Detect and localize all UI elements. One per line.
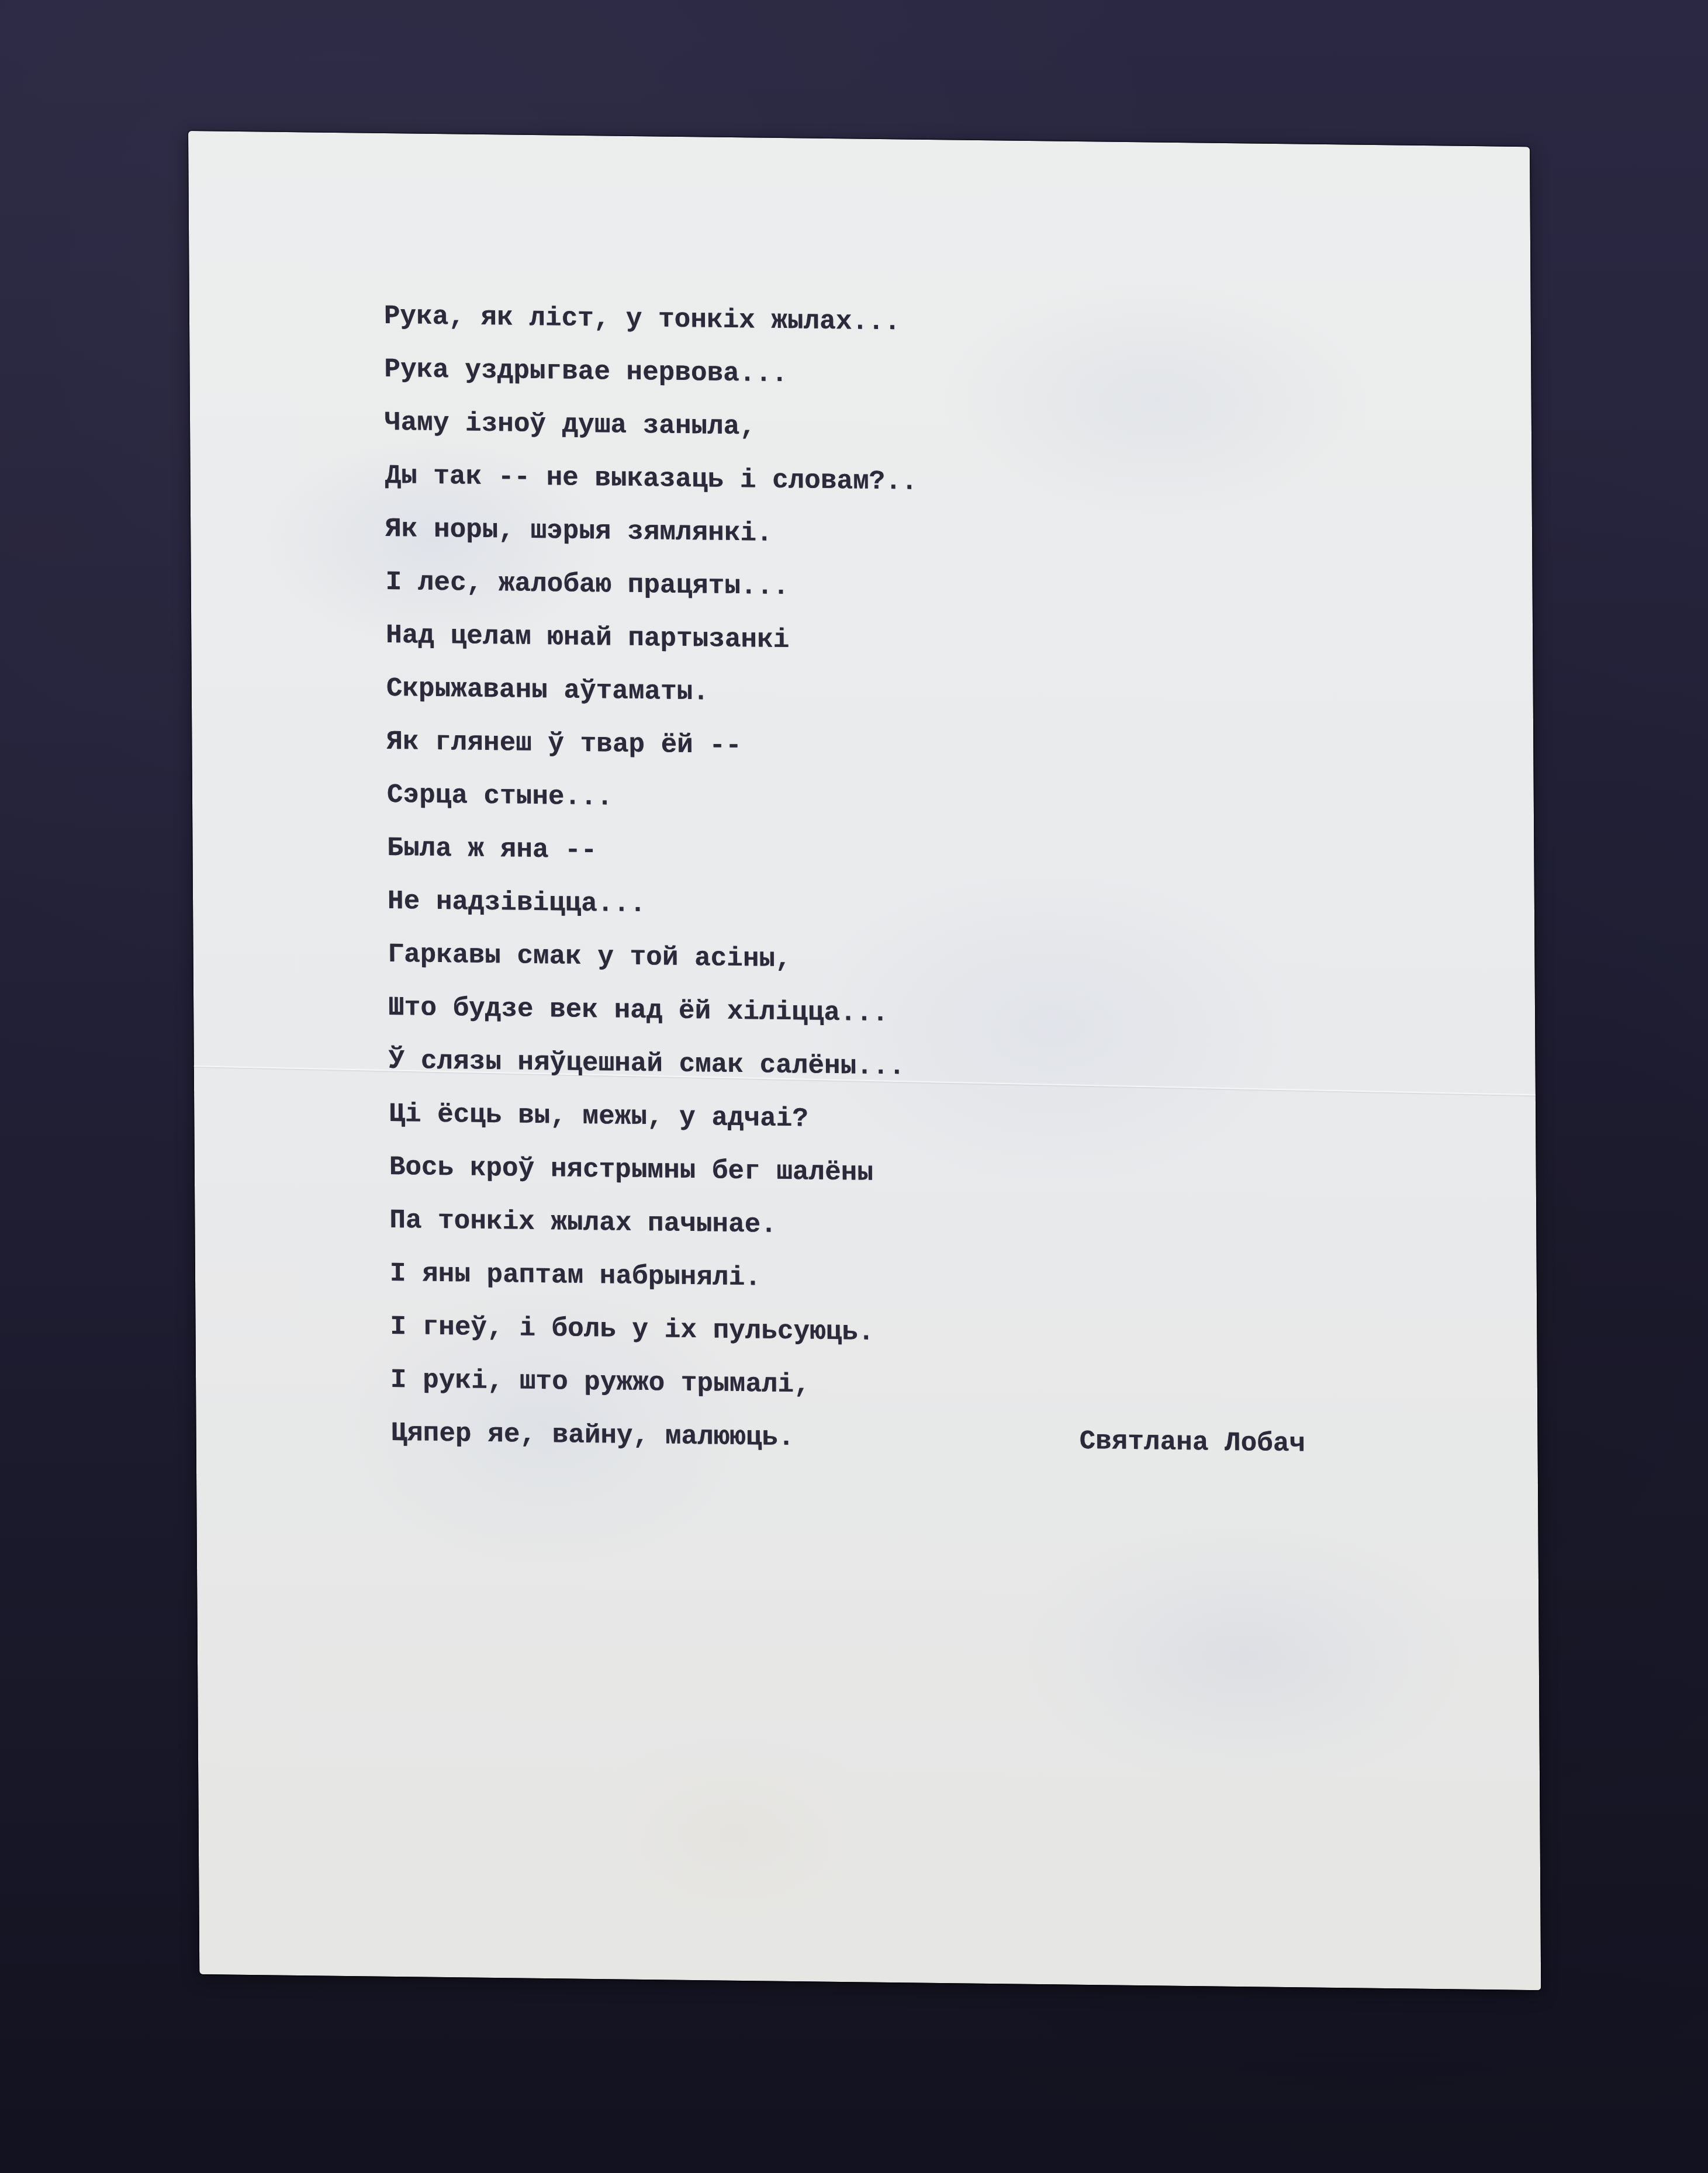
- poem-line: Як норы, шэрыя зямлянкі.: [385, 503, 918, 562]
- poem-line: Што будзе век над ёй хіліцца...: [388, 981, 921, 1041]
- poem-line: Скрыжаваны аўтаматы.: [386, 662, 919, 722]
- author-signature: Святлана Лобач: [1079, 1415, 1305, 1471]
- poem-line: Была ж яна --: [387, 822, 920, 881]
- poem-line: Ды так -- не выказаць і словам?..: [385, 449, 918, 509]
- poem-line: Гаркавы смак у той асіны,: [388, 928, 921, 988]
- paper-sheet: Рука, як ліст, у тонкіх жылах... Рука уз…: [188, 131, 1541, 1990]
- poem-line: Ў слязы няўцешнай смак салёны...: [388, 1034, 921, 1094]
- poem-line: І рукі, што ружжо трымалі,: [390, 1354, 924, 1413]
- poem-line: І лес, жалобаю працяты...: [385, 556, 918, 615]
- poem-line: І гнеў, і боль у іх пульсуюць.: [390, 1300, 923, 1360]
- poem-line: Чаму ізноў душа заныла,: [385, 396, 918, 456]
- poem-line: І яны раптам набрынялі.: [390, 1247, 923, 1307]
- poem-line: Не надзівіцца...: [388, 875, 921, 935]
- poem-line: Цяпер яе, вайну, малююць.: [390, 1407, 924, 1466]
- poem-line: Як глянеш ў твар ёй --: [386, 715, 919, 775]
- poem-body: Рука, як ліст, у тонкіх жылах... Рука уз…: [384, 290, 924, 1466]
- poem-line: Над целам юнай партызанкі: [386, 609, 919, 669]
- poem-line: Вось кроў нястрымны бег шалёны: [389, 1141, 922, 1200]
- poem-line: Па тонкіх жылах пачынае.: [389, 1194, 922, 1254]
- poem-line: Рука уздрыгвае нервова...: [384, 343, 917, 403]
- poem-line: Ці ёсць вы, межы, у адчаі?: [389, 1088, 922, 1147]
- poem-line: Сэрца стыне...: [387, 769, 920, 828]
- poem-line: Рука, як ліст, у тонкіх жылах...: [384, 290, 917, 350]
